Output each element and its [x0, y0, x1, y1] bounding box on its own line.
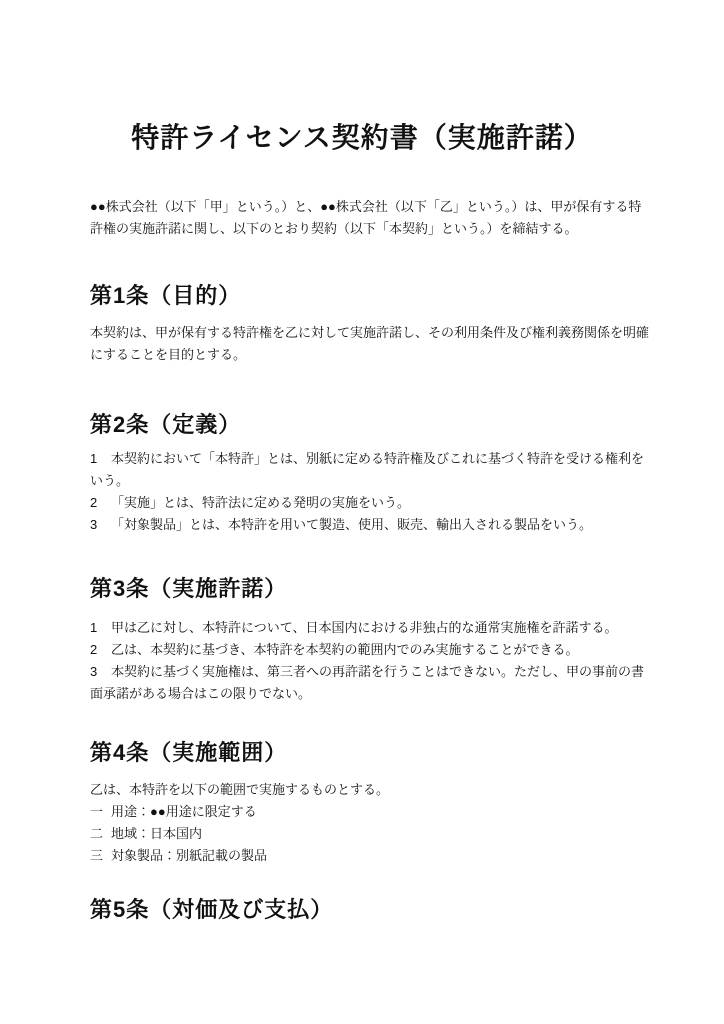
document-title: 特許ライセンス契約書（実施許諾） — [0, 120, 724, 156]
scope-number: 二 — [90, 823, 111, 845]
clause-item: 2乙は、本契約に基づき、本特許を本契約の範囲内でのみ実施することができる。 — [90, 639, 654, 661]
article-4-heading: 第4条（実施範囲） — [90, 739, 654, 767]
clause-text: 乙は、本契約に基づき、本特許を本契約の範囲内でのみ実施することができる。 — [111, 642, 578, 657]
section-article-5: 第5条（対価及び支払） — [90, 896, 654, 924]
clause-number: 1 — [90, 617, 111, 639]
scope-item: 一用途：●●用途に限定する — [90, 801, 654, 823]
scope-item: 二地域：日本国内 — [90, 823, 654, 845]
clause-number: 2 — [90, 492, 111, 514]
section-article-2: 第2条（定義） 1本契約において「本特許」とは、別紙に定める特許権及びこれに基づ… — [90, 411, 654, 536]
clause-number: 2 — [90, 639, 111, 661]
scope-text: 地域：日本国内 — [111, 826, 202, 841]
clause-number: 3 — [90, 514, 111, 536]
clause-item: 1甲は乙に対し、本特許について、日本国内における非独占的な通常実施権を許諾する。 — [90, 617, 654, 639]
clause-number: 3 — [90, 661, 111, 683]
article-2-clauses: 1本契約において「本特許」とは、別紙に定める特許権及びこれに基づく特許を受ける権… — [90, 448, 654, 536]
clause-item: 3本契約に基づく実施権は、第三者への再許諾を行うことはできない。ただし、甲の事前… — [90, 661, 654, 705]
article-3-clauses: 1甲は乙に対し、本特許について、日本国内における非独占的な通常実施権を許諾する。… — [90, 617, 654, 705]
clause-text: 甲は乙に対し、本特許について、日本国内における非独占的な通常実施権を許諾する。 — [111, 620, 617, 635]
section-article-1: 第1条（目的） 本契約は、甲が保有する特許権を乙に対して実施許諾し、その利用条件… — [90, 282, 654, 366]
scope-number: 三 — [90, 845, 111, 867]
scope-item: 三対象製品：別紙記載の製品 — [90, 845, 654, 867]
scope-text: 対象製品：別紙記載の製品 — [111, 848, 267, 863]
clause-item: 1本契約において「本特許」とは、別紙に定める特許権及びこれに基づく特許を受ける権… — [90, 448, 654, 492]
scope-text: 用途：●●用途に限定する — [111, 804, 257, 819]
clause-text: 「対象製品」とは、本特許を用いて製造、使用、販売、輸出入される製品をいう。 — [111, 517, 592, 532]
article-1-heading: 第1条（目的） — [90, 282, 654, 310]
clause-number: 1 — [90, 448, 111, 470]
section-article-3: 第3条（実施許諾） 1甲は乙に対し、本特許について、日本国内における非独占的な通… — [90, 575, 654, 705]
section-article-4: 第4条（実施範囲） 乙は、本特許を以下の範囲で実施するものとする。 一用途：●●… — [90, 739, 654, 867]
preamble-paragraph: ●●株式会社（以下「甲」という。）と、●●株式会社（以下「乙」という。）は、甲が… — [90, 196, 654, 240]
clause-text: 本契約に基づく実施権は、第三者への再許諾を行うことはできない。ただし、甲の事前の… — [90, 664, 644, 701]
clause-item: 3「対象製品」とは、本特許を用いて製造、使用、販売、輸出入される製品をいう。 — [90, 514, 654, 536]
document-body: ●●株式会社（以下「甲」という。）と、●●株式会社（以下「乙」という。）は、甲が… — [0, 196, 724, 924]
article-1-body: 本契約は、甲が保有する特許権を乙に対して実施許諾し、その利用条件及び権利義務関係… — [90, 322, 654, 366]
contract-document-page: 特許ライセンス契約書（実施許諾） ●●株式会社（以下「甲」という。）と、●●株式… — [0, 0, 724, 1024]
article-5-heading: 第5条（対価及び支払） — [90, 896, 654, 924]
article-4-scope-list: 一用途：●●用途に限定する 二地域：日本国内 三対象製品：別紙記載の製品 — [90, 801, 654, 867]
scope-number: 一 — [90, 801, 111, 823]
clause-item: 2「実施」とは、特許法に定める発明の実施をいう。 — [90, 492, 654, 514]
article-2-heading: 第2条（定義） — [90, 411, 654, 439]
clause-text: 本契約において「本特許」とは、別紙に定める特許権及びこれに基づく特許を受ける権利… — [90, 451, 644, 488]
article-3-heading: 第3条（実施許諾） — [90, 575, 654, 603]
article-4-body: 乙は、本特許を以下の範囲で実施するものとする。 — [90, 779, 654, 801]
clause-text: 「実施」とは、特許法に定める発明の実施をいう。 — [111, 495, 410, 510]
